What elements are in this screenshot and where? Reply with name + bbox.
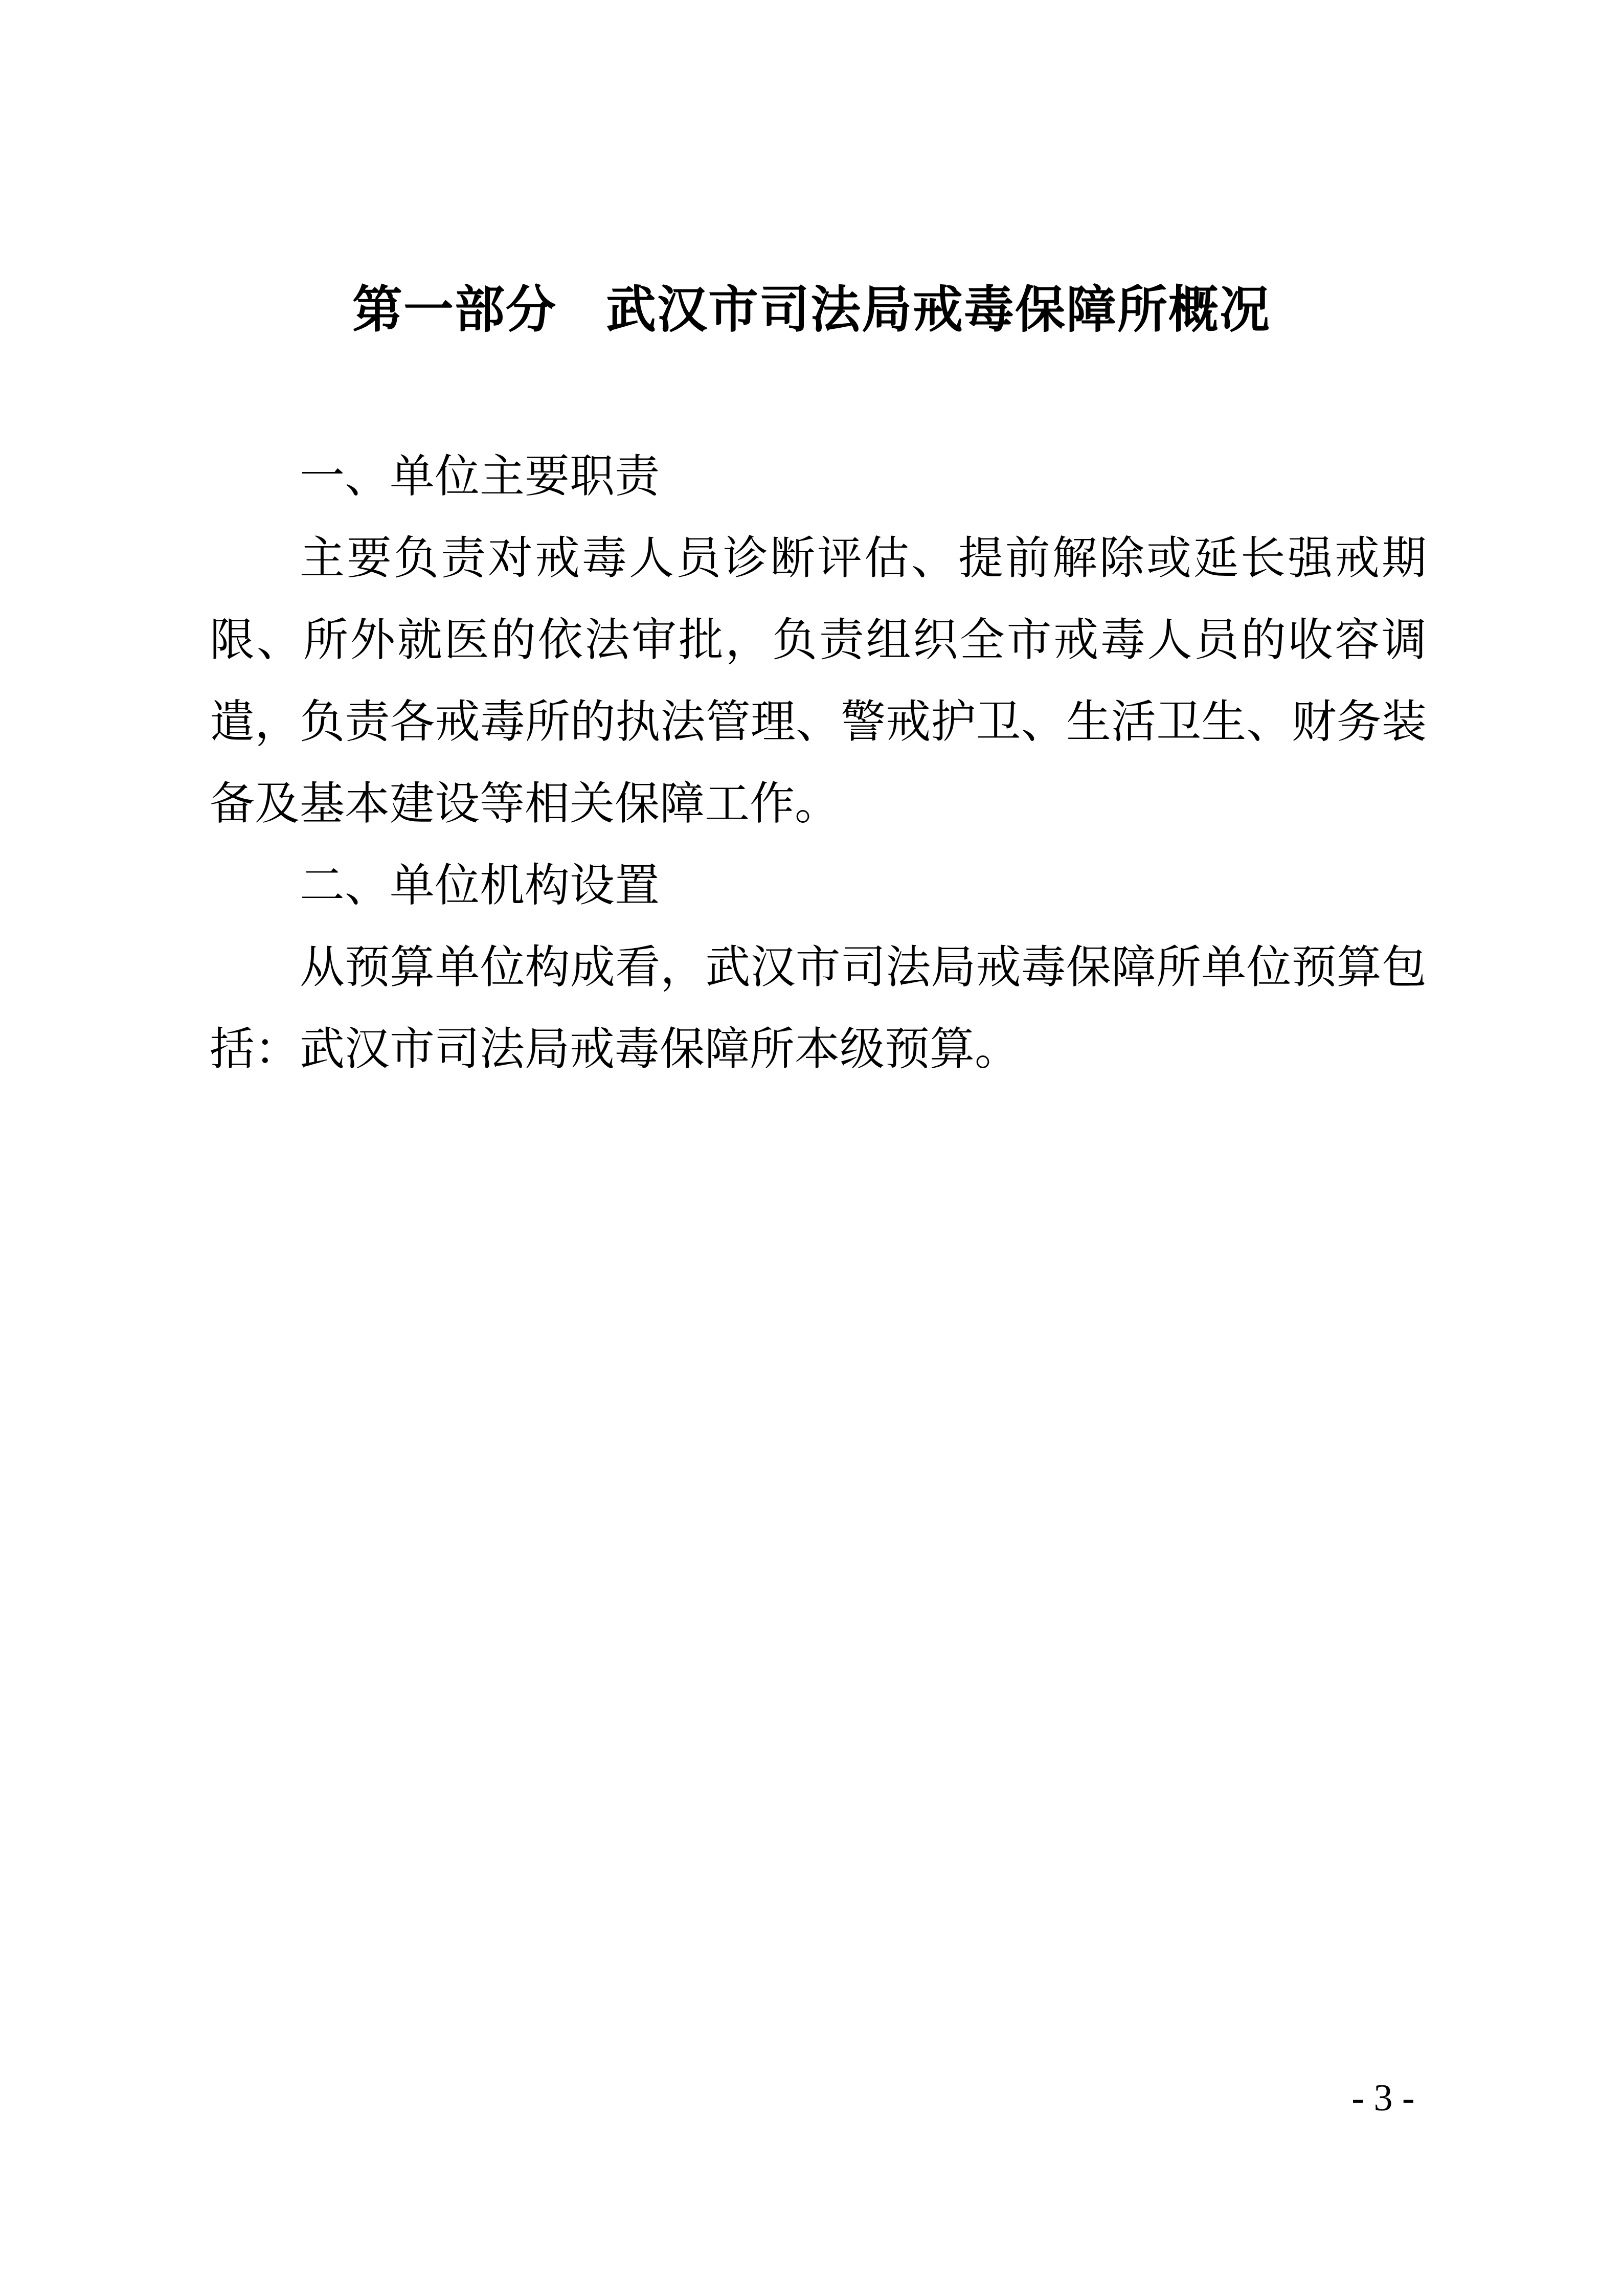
document-page: 第一部分武汉市司法局戒毒保障所概况 一、单位主要职责 主要负责对戒毒人员诊断评估…: [0, 0, 1623, 2296]
section-2-heading: 二、单位机构设置: [210, 845, 1427, 927]
document-body: 一、单位主要职责 主要负责对戒毒人员诊断评估、提前解除或延长强戒期限、所外就医的…: [210, 436, 1427, 1091]
section-1-heading: 一、单位主要职责: [210, 436, 1427, 518]
document-title: 第一部分武汉市司法局戒毒保障所概况: [0, 280, 1623, 341]
section-1-paragraph: 主要负责对戒毒人员诊断评估、提前解除或延长强戒期限、所外就医的依法审批，负责组织…: [210, 518, 1427, 845]
section-2-paragraph: 从预算单位构成看，武汉市司法局戒毒保障所单位预算包括：武汉市司法局戒毒保障所本级…: [210, 927, 1427, 1091]
document-title-text: 武汉市司法局戒毒保障所概况: [606, 283, 1271, 338]
page-number: - 3 -: [1294, 2070, 1473, 2126]
document-title-part-label: 第一部分: [352, 283, 557, 338]
